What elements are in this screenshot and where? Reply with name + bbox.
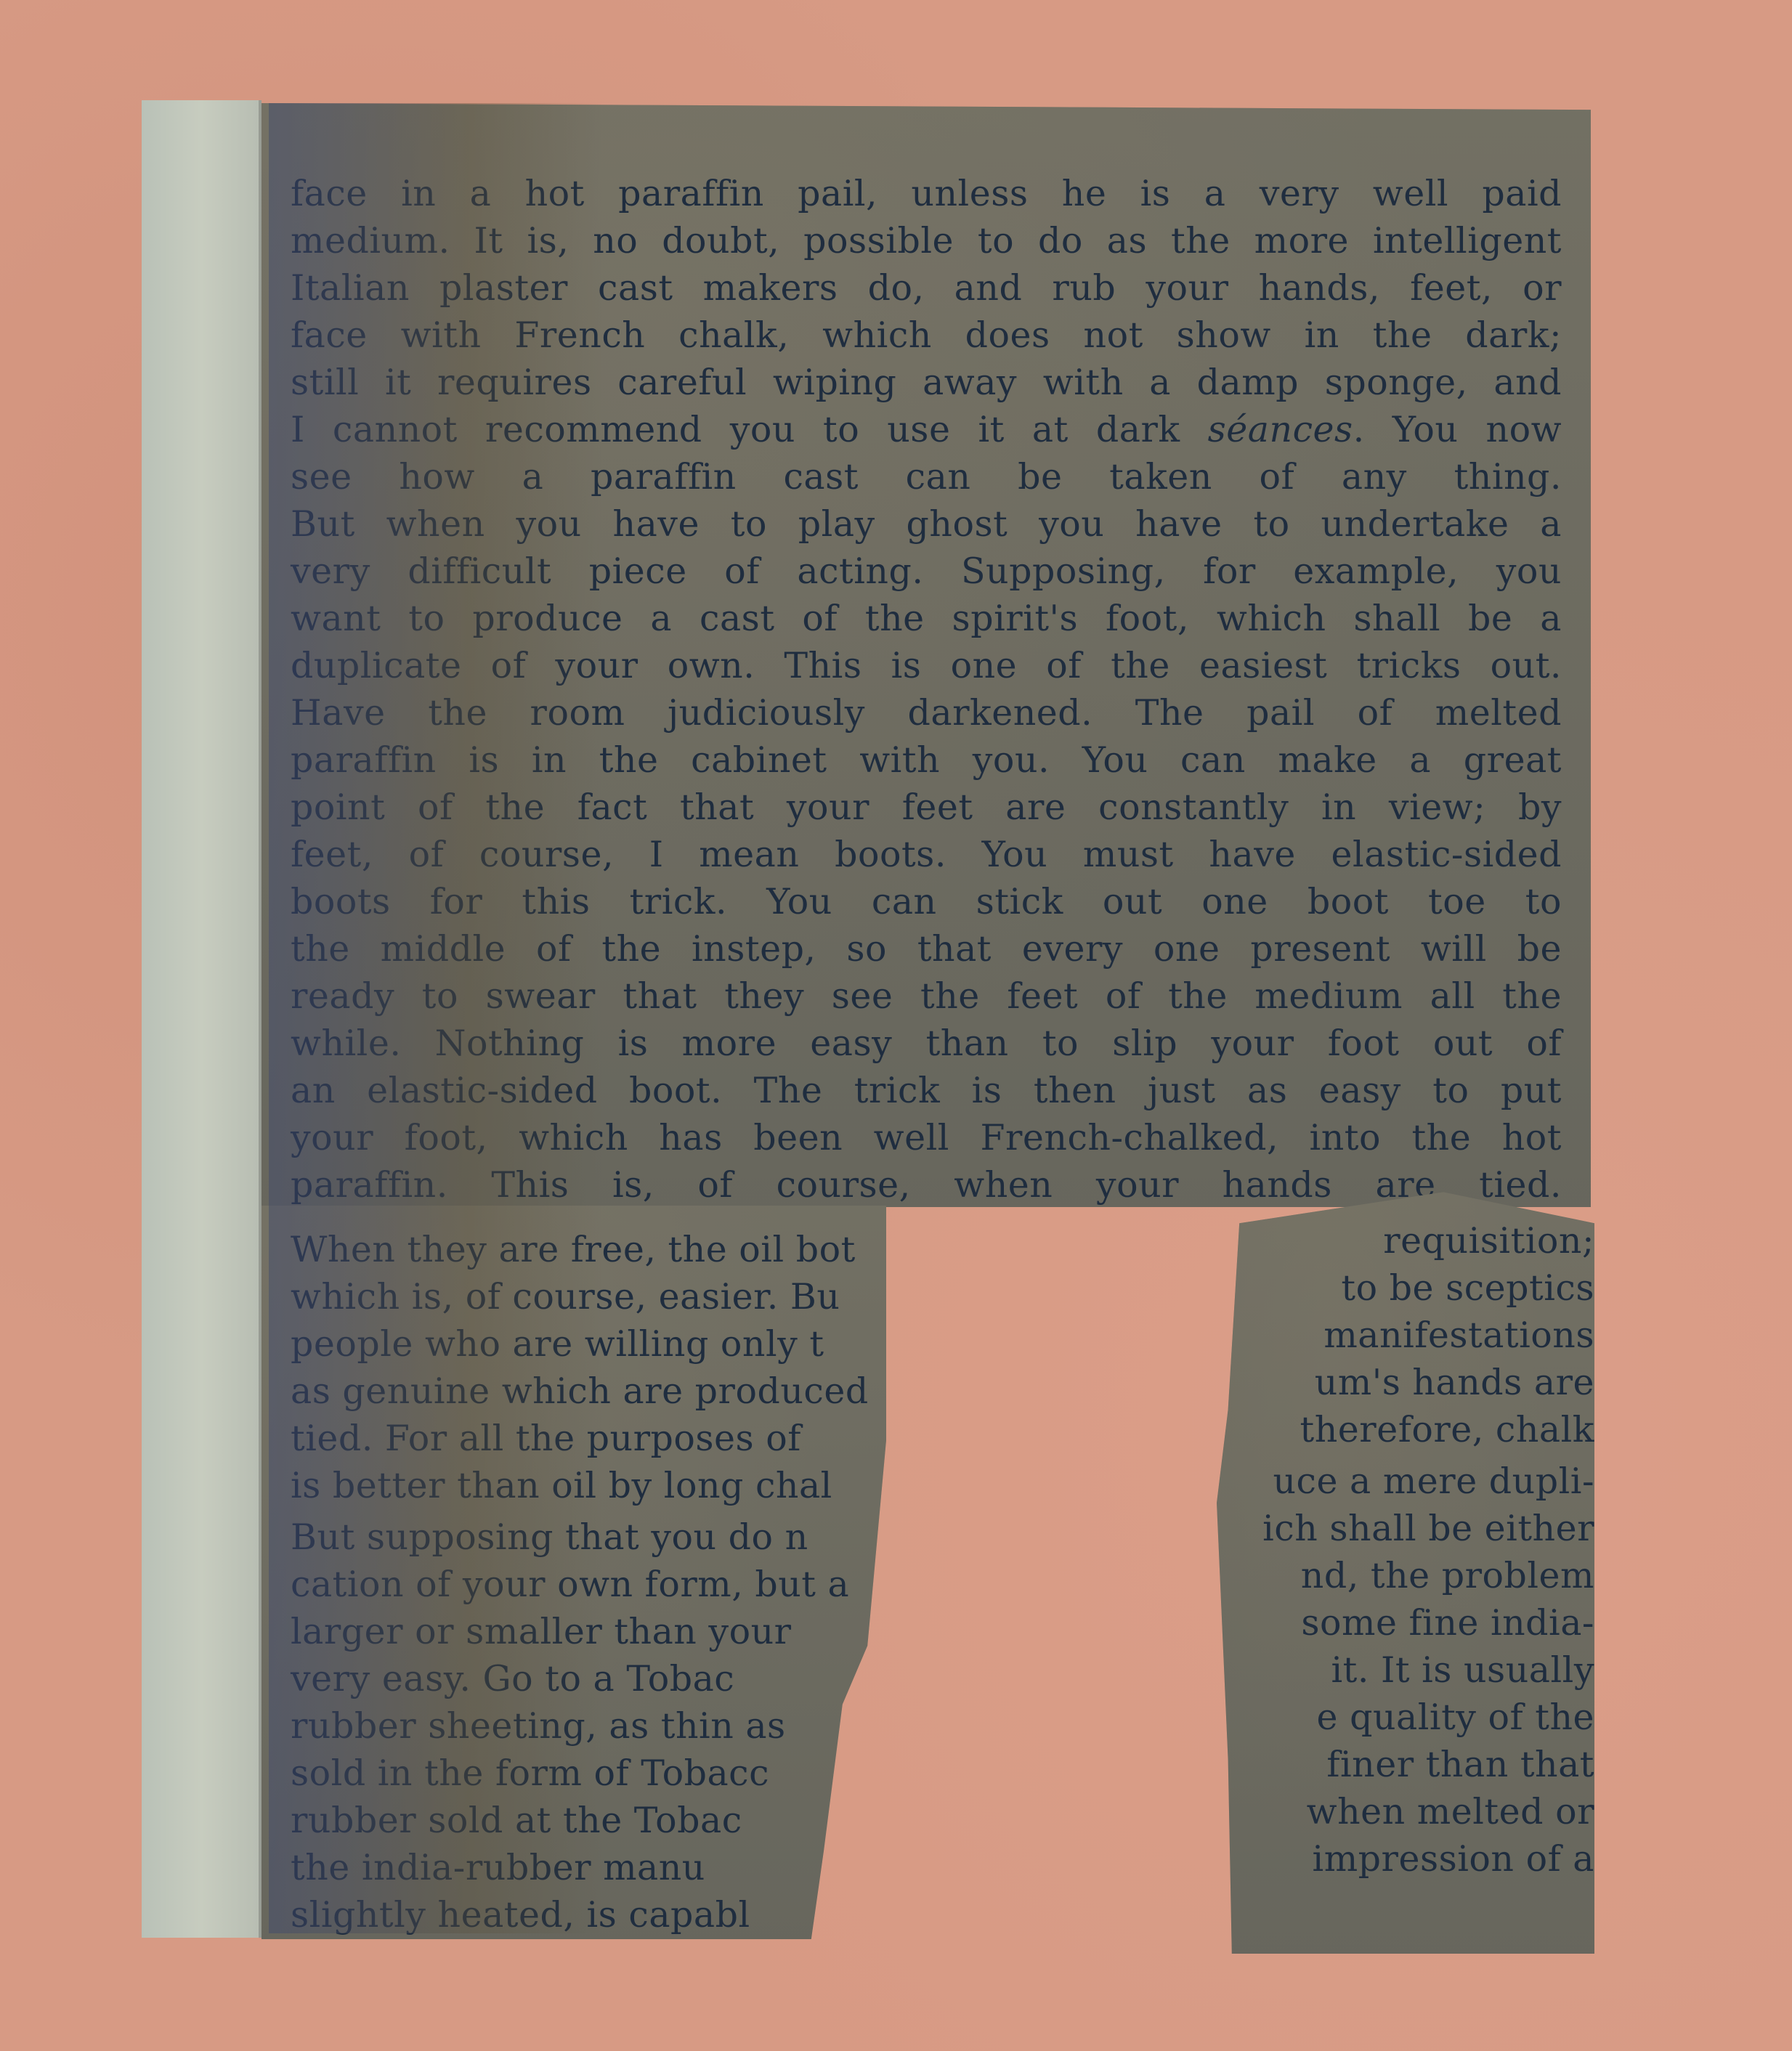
clipping-top-block: face in a hot paraffin pail, unless he i… [261, 103, 1591, 1207]
text-line: is better than oil by long chal [291, 1462, 886, 1509]
text-line: manifestations [1224, 1312, 1594, 1359]
text-line: the india-rubber manu [291, 1844, 886, 1891]
clipping-left-fragment: When they are free, the oil botwhich is,… [261, 1206, 886, 1939]
text-line: medium. It is, no doubt, possible to do … [291, 217, 1562, 264]
text-line: face in a hot paraffin pail, unless he i… [291, 170, 1562, 217]
text-line: face with French chalk, which does not s… [291, 312, 1562, 359]
text-line: larger or smaller than your [291, 1608, 886, 1655]
text-line: the middle of the instep, so that every … [291, 925, 1562, 972]
text-line: it. It is usually [1224, 1646, 1594, 1694]
text-line: cation of your own form, but a [291, 1561, 886, 1608]
text-line: to be sceptics [1224, 1264, 1594, 1312]
text-line: want to produce a cast of the spirit's f… [291, 595, 1562, 642]
text-line: Have the room judiciously darkened. The … [291, 689, 1562, 736]
text-line: nd, the problem [1224, 1552, 1594, 1599]
text-line: paraffin. This is, of course, when your … [291, 1161, 1562, 1209]
text-line: But supposing that you do n [291, 1514, 886, 1561]
text-line: tied. For all the purposes of [291, 1415, 886, 1462]
text-line: rubber sold at the Tobac [291, 1797, 886, 1844]
text-line: people who are willing only t [291, 1320, 886, 1368]
text-line: impression of a [1224, 1835, 1594, 1883]
text-line: Italian plaster cast makers do, and rub … [291, 264, 1562, 312]
mounting-strip [142, 100, 261, 1938]
text-line: um's hands are [1224, 1359, 1594, 1406]
text-line: very easy. Go to a Tobac [291, 1655, 886, 1702]
text-line: paraffin is in the cabinet with you. You… [291, 736, 1562, 784]
text-line: sold in the form of Tobacc [291, 1750, 886, 1797]
text-line: But when you have to play ghost you have… [291, 500, 1562, 548]
text-line: some fine india- [1224, 1599, 1594, 1646]
text-line: When they are free, the oil bot [291, 1226, 886, 1273]
text-line: I cannot recommend you to use it at dark… [291, 406, 1562, 453]
clipping-right-fragment: requisition;to be scepticsmanifestations… [1217, 1177, 1594, 1954]
text-line: which is, of course, easier. Bu [291, 1273, 886, 1320]
text-line: very difficult piece of acting. Supposin… [291, 548, 1562, 595]
text-line: your foot, which has been well French-ch… [291, 1114, 1562, 1161]
text-line: ich shall be either [1224, 1505, 1594, 1552]
text-line: requisition; [1224, 1217, 1594, 1264]
text-line: ready to swear that they see the feet of… [291, 972, 1562, 1020]
text-line: as genuine which are produced [291, 1368, 886, 1415]
text-line: uce a mere dupli- [1224, 1458, 1594, 1505]
text-line: finer than that [1224, 1741, 1594, 1788]
text-line: feet, of course, I mean boots. You must … [291, 831, 1562, 878]
text-line: still it requires careful wiping away wi… [291, 359, 1562, 406]
text-line: duplicate of your own. This is one of th… [291, 642, 1562, 689]
italic-word: séances [1208, 409, 1353, 450]
text-line: rubber sheeting, as thin as [291, 1702, 886, 1750]
text-line: boots for this trick. You can stick out … [291, 878, 1562, 925]
text-line: see how a paraffin cast can be taken of … [291, 453, 1562, 500]
text-line: slightly heated, is capabl [291, 1891, 886, 1938]
text-line: while. Nothing is more easy than to slip… [291, 1020, 1562, 1067]
text-line: e quality of the [1224, 1694, 1594, 1741]
text-line: an elastic-sided boot. The trick is then… [291, 1067, 1562, 1114]
text-line: therefore, chalk [1224, 1406, 1594, 1453]
text-line: when melted or [1224, 1788, 1594, 1835]
text-line: point of the fact that your feet are con… [291, 784, 1562, 831]
